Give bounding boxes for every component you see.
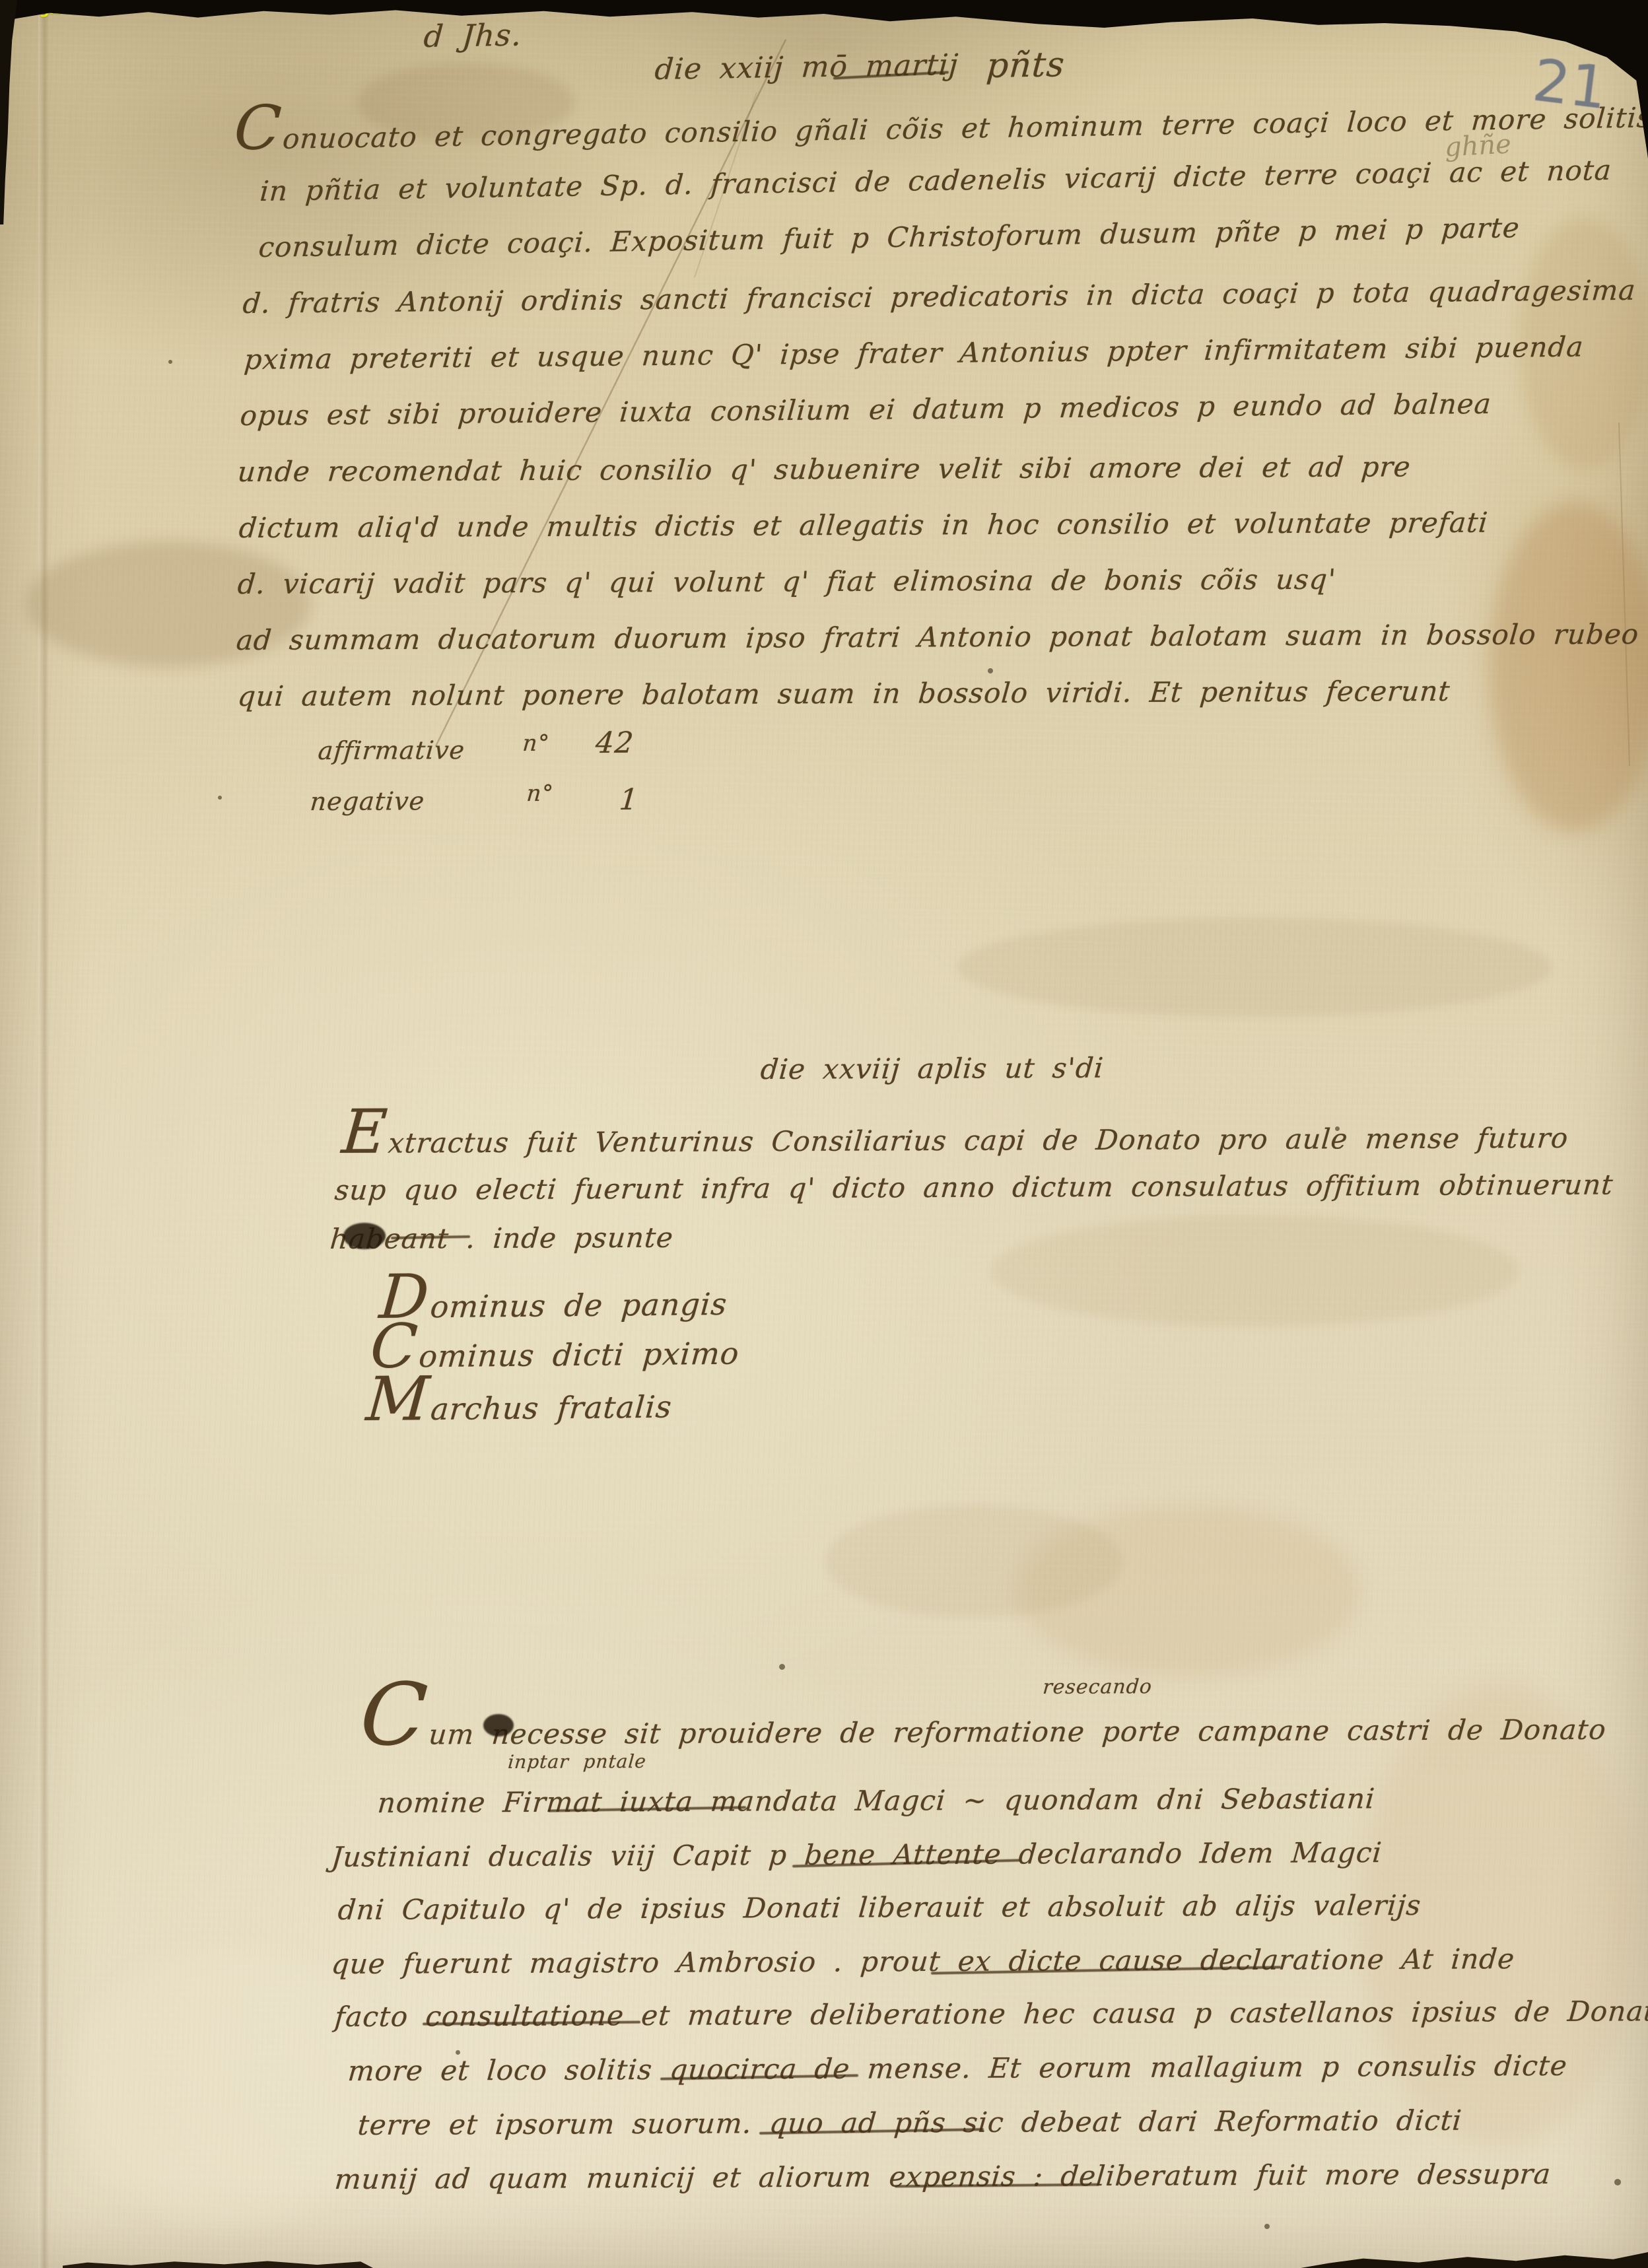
manuscript-line: nomine Firmat iuxta mandata Magci ~ quon… bbox=[376, 1782, 1377, 1819]
date-heading-1-flourish: pñts bbox=[985, 45, 1066, 86]
interline-note-top: resecando bbox=[1042, 1675, 1153, 1699]
stain bbox=[1489, 502, 1648, 832]
manuscript-line: terre et ipsorum suorum. quo ad pñs sic … bbox=[357, 2104, 1463, 2141]
manuscript-line: unde recomendat huic consilio q' subueni… bbox=[236, 450, 1412, 488]
date-heading-1: die xxiij mō martij bbox=[654, 48, 959, 86]
manuscript-line: in pñtia et voluntate Sp. d. francisci d… bbox=[259, 154, 1613, 207]
manuscript-line: facto consultatione et mature deliberati… bbox=[333, 1995, 1648, 2033]
manuscript-line: munij ad quam municij et aliorum expensi… bbox=[333, 2158, 1552, 2195]
manuscript-line: sup quo electi fuerunt infra q' dicto an… bbox=[333, 1169, 1614, 1206]
ink-speck bbox=[168, 360, 172, 364]
scan-edge-bottom-left bbox=[63, 2259, 373, 2268]
ink-speck bbox=[988, 668, 993, 673]
manuscript-line: d. vicarij vadit pars q' qui volunt q' f… bbox=[236, 563, 1338, 600]
vote-negative-sign: n° bbox=[526, 780, 555, 807]
ink-speck bbox=[218, 796, 222, 800]
stain bbox=[990, 1215, 1519, 1327]
ink-blotch bbox=[343, 1223, 386, 1249]
date-heading-2: die xxviij aplis ut s'di bbox=[759, 1052, 1105, 1085]
interline-note-mid: inptar pntale bbox=[507, 1750, 647, 1773]
manuscript-line: Extractus fuit Venturinus Consiliarius c… bbox=[340, 1117, 1570, 1159]
invocation: d Jhs. bbox=[423, 17, 523, 54]
manuscript-line: que fuerunt magistro Ambrosio . prout ex… bbox=[330, 1942, 1516, 1980]
manuscript-line: consulum dicte coaçi. Expositum fuit p C… bbox=[257, 211, 1521, 263]
manuscript-line: Conuocato et congregato consilio gñali c… bbox=[232, 96, 1648, 156]
vote-negative-label: negative bbox=[309, 786, 426, 816]
manuscript-line: qui autem nolunt ponere balotam suam in … bbox=[236, 675, 1451, 712]
manuscript-line: d. fratris Antonij ordinis sancti franci… bbox=[242, 274, 1637, 320]
scan-edge-left bbox=[0, 0, 17, 224]
ink-speck bbox=[779, 1664, 785, 1670]
stain bbox=[1017, 1505, 1360, 1677]
ink-speck bbox=[1264, 2224, 1270, 2229]
binding-fold-shadow bbox=[38, 0, 49, 2268]
manuscript-line: more et loco solitis quocirca de mense. … bbox=[347, 2049, 1569, 2087]
vote-negative-value: 1 bbox=[618, 783, 640, 817]
vote-affirmative-value: 42 bbox=[594, 726, 635, 760]
vote-affirmative-label: affirmative bbox=[317, 736, 466, 765]
elected-name: Marchus fratalis bbox=[364, 1387, 673, 1427]
ink-blotch bbox=[483, 1714, 514, 1736]
scan-edge-bottom-right bbox=[1301, 2252, 1648, 2268]
manuscript-page: Unregistered 21 ghñe d Jhs. die xxiij mō… bbox=[0, 0, 1648, 2268]
elected-name: Dominus de pangis bbox=[378, 1284, 729, 1325]
manuscript-line: dictum aliq'd unde multis dictis et alle… bbox=[238, 506, 1490, 544]
stain bbox=[957, 918, 1552, 1017]
manuscript-line: Justiniani ducalis viij Capit p bene Att… bbox=[330, 1836, 1383, 1873]
manuscript-line: dni Capitulo q' de ipsius Donati liberau… bbox=[337, 1889, 1422, 1926]
manuscript-line: pxima preteriti et usque nunc Q' ipse fr… bbox=[243, 331, 1585, 376]
stain bbox=[825, 1505, 1122, 1618]
ink-speck bbox=[1614, 2179, 1621, 2185]
manuscript-line: Cum necesse sit prouidere de reformation… bbox=[358, 1701, 1608, 1751]
manuscript-line: opus est sibi prouidere iuxta consilium … bbox=[239, 388, 1493, 432]
manuscript-line: ad summam ducatorum duorum ipso fratri A… bbox=[235, 618, 1640, 656]
vote-affirmative-sign: n° bbox=[522, 730, 551, 757]
